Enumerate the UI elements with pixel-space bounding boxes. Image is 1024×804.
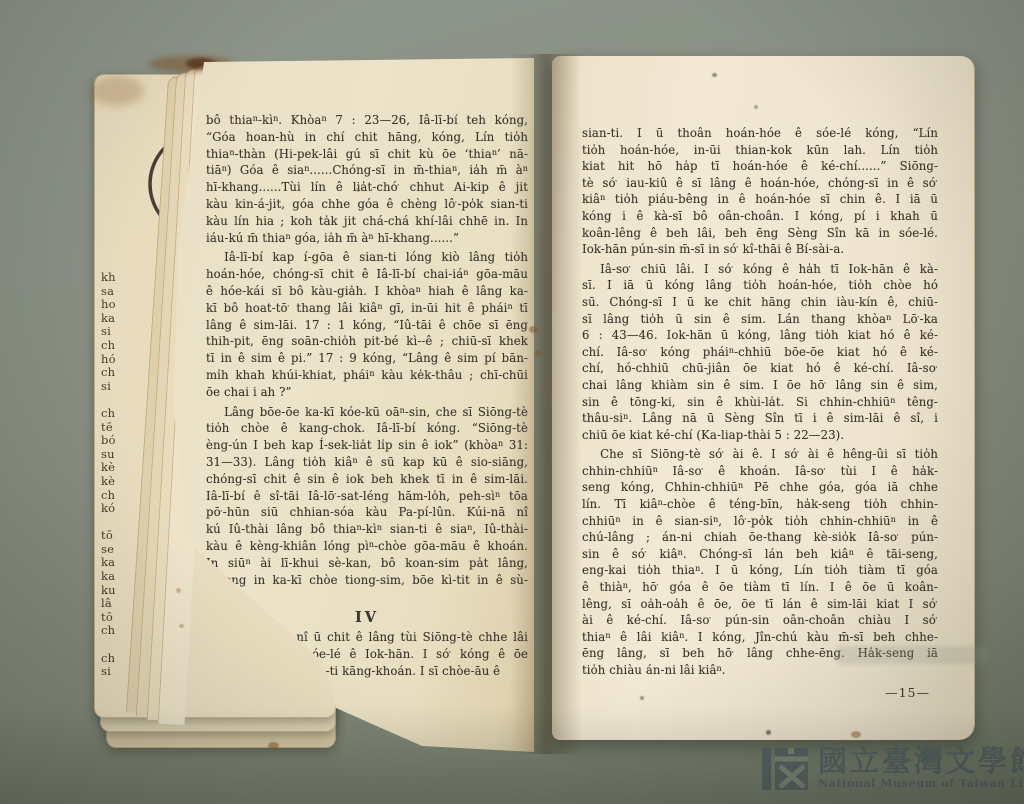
text-line: seng kóng, Chhin-chhiūn Pē chhe góa, góa…: [582, 479, 938, 496]
text-line: Iâ-lī-bí kap í-gōa ê sian-ti lóng kiò lâ…: [206, 249, 528, 266]
book-scan: khsahokasichhóchsi chtēbósukèkèchkó tōse…: [0, 0, 1024, 804]
text-line: tī in ê sim ê pi.” 17 : 9 kóng, “Lâng ê …: [206, 350, 528, 367]
text-line: Lâng bōe-ōe ka-kī kóe-kū oān-sin, che sī…: [206, 404, 528, 421]
text-fragment: ch: [101, 339, 137, 353]
museum-title-en: National Museum of Taiwan Literature: [818, 777, 1024, 790]
text-line: chhiūn in ê sian-sin, lô·-po̍k tio̍h chh…: [582, 513, 938, 530]
text-line: chiong in ka-kī chòe tiong-sim, bōe kì-t…: [206, 572, 528, 589]
text-fragment: kó: [101, 502, 137, 516]
text-fragment: bó: [101, 434, 137, 448]
text-fragment: ka: [101, 570, 137, 584]
text-line: Iâ-so· chiū lâi. I só· kóng ê ha̍h tī Io…: [582, 261, 938, 278]
text-line: sū. Chóng-sī I ū ke chit hāng chin iàu-k…: [582, 294, 938, 311]
text-fragment: ka: [101, 312, 137, 326]
text-fragment: si: [101, 325, 137, 339]
text-line: kóng i ê kà-sī bô oân-choân. I kóng, pí …: [582, 208, 938, 225]
text-fragment: kè: [101, 461, 137, 475]
text-line: “Góa hoan-hù in chí chit hāng, kóng, Lín…: [206, 129, 528, 146]
right-page-number: —15—: [885, 685, 930, 700]
text-line: chai lâng khiàm sin ê sim. I ōe hō· lâng…: [582, 377, 938, 394]
text-fragment: su: [101, 448, 137, 462]
text-line: lêng, sī oa̍h-oa̍h ê ōe, ōe tī lán ê sim…: [582, 596, 938, 613]
text-fragment: tē: [101, 421, 137, 435]
text-line: èng-ún I beh kap Í-sek-lia̍t li̍p sin ê …: [206, 437, 528, 454]
text-fragment: ka: [101, 556, 137, 570]
text-fragment: [101, 516, 137, 530]
text-line: Iok-hān pún-sin m̄-sī in só· kî-thāi ê B…: [582, 241, 938, 258]
text-fragment: ch: [101, 489, 137, 503]
text-line: sin ê tōng-ki, sin ê khùi-la̍t. Si chhin…: [582, 394, 938, 411]
text-line: tio̍h chòe ê kang-chok. Iâ-lī-bí kóng. “…: [206, 420, 528, 437]
text-line: 6 : 43—46. Iok-hān ū kóng, lâng tio̍h ki…: [582, 327, 938, 344]
text-line: kī bô hoat-tō· thang lâi kiân gī, in-ūi …: [206, 300, 528, 317]
text-fragment: [101, 393, 137, 407]
text-line: hī-khang......Tùi lín ê lia̍t-chó· chhut…: [206, 179, 528, 196]
text-line: ōe chai i ah ?”: [206, 384, 528, 401]
text-fragment: si: [101, 380, 137, 394]
text-line: ēng lâng, sī beh hō· lâng chhe-ēng. Ha̍k…: [582, 645, 938, 662]
text-line: thian-thàn (Hi-pek-lâi gú sī chit kù ōe …: [206, 146, 528, 163]
text-line: sin ê só· kiân. Chóng-sī lán beh kiân ê …: [582, 546, 938, 563]
stain: [535, 350, 542, 356]
text-line: Iâ-lī-bí ê sî-tāi Iâ-lō·-sat-léng hām-lo…: [206, 488, 528, 505]
text-line: kiân tio̍h piáu-bêng in ê hoán-hóe sī ch…: [582, 191, 938, 208]
text-line: chú-lâng ; án-ni chiah ōe-thang kè-sio̍k…: [582, 529, 938, 546]
text-fragment: ho: [101, 298, 137, 312]
text-line: tio̍h chiàu án-ni lâi kiân.: [582, 662, 938, 679]
text-line: kàu lín hia ; koh ta̍k jit chá-chá khí-l…: [206, 213, 528, 230]
text-line: kàu kin-á-jit, góa chhe góa ê chèng lô·-…: [206, 196, 528, 213]
text-line: tè só· iau-kiû ê sī lâng ê hoán-hóe, chó…: [582, 175, 938, 192]
text-line: lâng ê sim-lāi. 17 : 1 kóng, “Iû-tāi ê c…: [206, 317, 528, 334]
text-line: pō·-hūn siū chhian-sóa kàu Pa-pí-lûn. Kú…: [206, 504, 528, 521]
paragraph: Iâ-so· chiū lâi. I só· kóng ê ha̍h tī Io…: [582, 261, 938, 444]
text-fragment: ku: [101, 584, 137, 598]
text-line: chí, hó-chhiū chū-jiân ōe kiat hó ê ké-c…: [582, 360, 938, 377]
left-page-text: bô thian-kìn. Khòan 7 : 23—26, Iâ-lī-bí …: [206, 112, 528, 683]
text-line: ài ê ké-chí. Iâ-so· pún-sin oân-choân ch…: [582, 612, 938, 629]
text-fragment: hó: [101, 353, 137, 367]
text-line: kàu ê kèng-khiân lóng pìn-chòe gōa-māu ê…: [206, 538, 528, 555]
text-fragment: tō: [101, 529, 137, 543]
text-line: sī lâng tio̍h ū sin ê sim. Lán thang khò…: [582, 311, 938, 328]
text-line: sī. I iā ū kóng lâng tio̍h hoán-hóe, tio…: [582, 277, 938, 294]
text-line: chhin-chhiūn Iâ-so· ê khoán. Iâ-so· tùi …: [582, 463, 938, 480]
text-line: mi̍h khah khúi-khiat, pháin kàu ke̍k-thâ…: [206, 367, 528, 384]
right-page-text: sian-ti. I ū thoân hoán-hóe ê sóe-lé kón…: [582, 125, 938, 682]
text-line: bô thian-kìn. Khòan 7 : 23—26, Iâ-lī-bí …: [206, 112, 528, 129]
paragraph: sian-ti. I ū thoân hoán-hóe ê sóe-lé kón…: [582, 125, 938, 258]
text-line: Che sī Siōng-tè só· ài ê. I só· ài ê hên…: [582, 446, 938, 463]
text-fragment: ch: [101, 366, 137, 380]
text-line: sian-ti. I ū thoân hoán-hóe ê sóe-lé kón…: [582, 125, 938, 142]
text-line: ê hóe-kái sī bô kàu-gia̍h. I khòan hiah …: [206, 283, 528, 300]
text-fragment: lâ: [101, 597, 137, 611]
text-fragment: kè: [101, 475, 137, 489]
paragraph: Lâng bōe-ōe ka-kī kóe-kū oān-sin, che sī…: [206, 404, 528, 606]
text-line: chóng-sī chit ê sin ê iok beh khek tī in…: [206, 471, 528, 488]
text-line: thian ê lâi kiân. I kóng, Jîn-chú kàu m̄…: [582, 629, 938, 646]
text-fragment: sa: [101, 285, 137, 299]
text-line: thih-pit, ēng soān-chio̍h pit-bé kì--ê ;…: [206, 333, 528, 350]
text-line: lín. Tī kiân-chòe ê téng-bīn, ha̍k-seng …: [582, 496, 938, 513]
museum-title-cjk: 國立臺灣文學館: [818, 746, 1024, 777]
text-line: ê thiàn, hō· góa ê ōe tiàm tī lín. I ê ō…: [582, 579, 938, 596]
right-page: sian-ti. I ū thoân hoán-hóe ê sóe-lé kón…: [552, 56, 975, 740]
museum-logo-icon: [762, 746, 808, 792]
text-line: eng-kai tio̍h thian. I ū kóng, Lín tio̍h…: [582, 562, 938, 579]
paragraph: Che sī Siōng-tè só· ài ê. I só· ài ê hên…: [582, 446, 938, 678]
text-line: thâu-sin. Lâng nā ū Sèng Sîn tī i ê sim-…: [582, 410, 938, 427]
text-line: hoán-hóe, chóng-sī chit ê Iâ-lī-bí chai-…: [206, 266, 528, 283]
text-line: iáu-kú m̄ thian góa, ia̍h m̄ àn hī-khang…: [206, 230, 528, 247]
text-line: chí. Iâ-so· kóng pháin-chhiū bōe-ōe kiat…: [582, 344, 938, 361]
text-line: chiū ōe kiat ké-chí (Ka-liap-thài 5 : 22…: [582, 427, 938, 444]
museum-watermark-text: 國立臺灣文學館 National Museum of Taiwan Litera…: [818, 746, 1024, 790]
paragraph: Iâ-lī-bí kap í-gōa ê sian-ti lóng kiò lâ…: [206, 249, 528, 400]
text-line: kú Iû-thài lâng bô thian-kìn sian-ti ê s…: [206, 521, 528, 538]
text-line: In siūn ài lī-khui sè-kan, bô koan-sim p…: [206, 555, 528, 572]
text-line: tio̍h hoán-hóe, in-ūi thian-kok kūn lah.…: [582, 142, 938, 159]
text-fragment: kh: [101, 271, 137, 285]
paragraph: bô thian-kìn. Khòan 7 : 23—26, Iâ-lī-bí …: [206, 112, 528, 246]
text-line: 31—33). Lâng tio̍h kiân ê sū kap kū ê si…: [206, 454, 528, 471]
text-fragment: se: [101, 543, 137, 557]
museum-watermark: 國立臺灣文學館 National Museum of Taiwan Litera…: [762, 746, 1024, 792]
text-line: kiat hit hō ha̍p tī hoán-hóe ê ké-chí...…: [582, 158, 938, 175]
text-fragment: ch: [101, 407, 137, 421]
text-line: tiān) Góa ê sian......Chóng-sī in m̄-thi…: [206, 162, 528, 179]
text-line: koân-lêng ê beh lâi, beh ēng Sèng Sîn kā…: [582, 225, 938, 242]
